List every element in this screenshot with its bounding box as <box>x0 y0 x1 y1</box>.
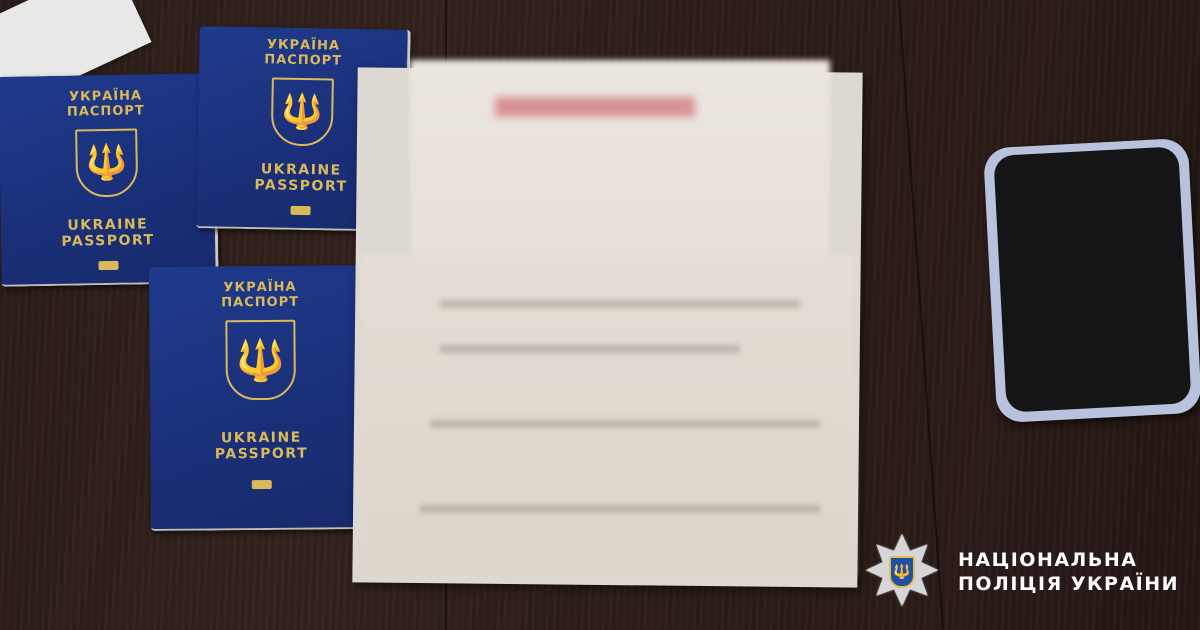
passport-subtitle-ua: ПАСПОРТ <box>0 102 213 121</box>
blurred-text-line <box>440 300 800 308</box>
trident-shield-icon: 🔱 <box>889 556 915 588</box>
biometric-chip-icon <box>252 480 272 489</box>
phone-screen <box>993 146 1191 412</box>
trident-icon: 🔱 <box>75 128 138 197</box>
passport-subtitle-ua: ПАСПОРТ <box>149 294 371 311</box>
passport-title-en: UKRAINE <box>150 429 372 447</box>
smartphone <box>983 138 1200 423</box>
biometric-chip-icon <box>98 261 118 270</box>
blurred-header-band <box>495 97 695 117</box>
blurred-text-line <box>440 345 740 353</box>
blurred-document-top <box>410 60 830 280</box>
police-brand-text: НАЦІОНАЛЬНА ПОЛІЦІЯ УКРАЇНИ <box>958 548 1179 596</box>
trident-icon: 🔱 <box>225 320 296 401</box>
passport: УКРАЇНА ПАСПОРТ 🔱 UKRAINE PASSPORT <box>0 73 219 287</box>
passport-subtitle-en: PASSPORT <box>1 231 215 251</box>
trident-icon: 🔱 <box>271 77 334 146</box>
blurred-text-line <box>420 505 820 513</box>
brand-line-2: ПОЛІЦІЯ УКРАЇНИ <box>958 572 1179 596</box>
police-badge-logo: ✸ 🔱 <box>858 528 946 616</box>
passport-subtitle-en: PASSPORT <box>150 445 372 463</box>
passport: УКРАЇНА ПАСПОРТ 🔱 UKRAINE PASSPORT <box>149 265 376 531</box>
biometric-chip-icon <box>291 206 311 215</box>
brand-line-1: НАЦІОНАЛЬНА <box>958 548 1179 572</box>
blurred-text-line <box>430 420 820 428</box>
